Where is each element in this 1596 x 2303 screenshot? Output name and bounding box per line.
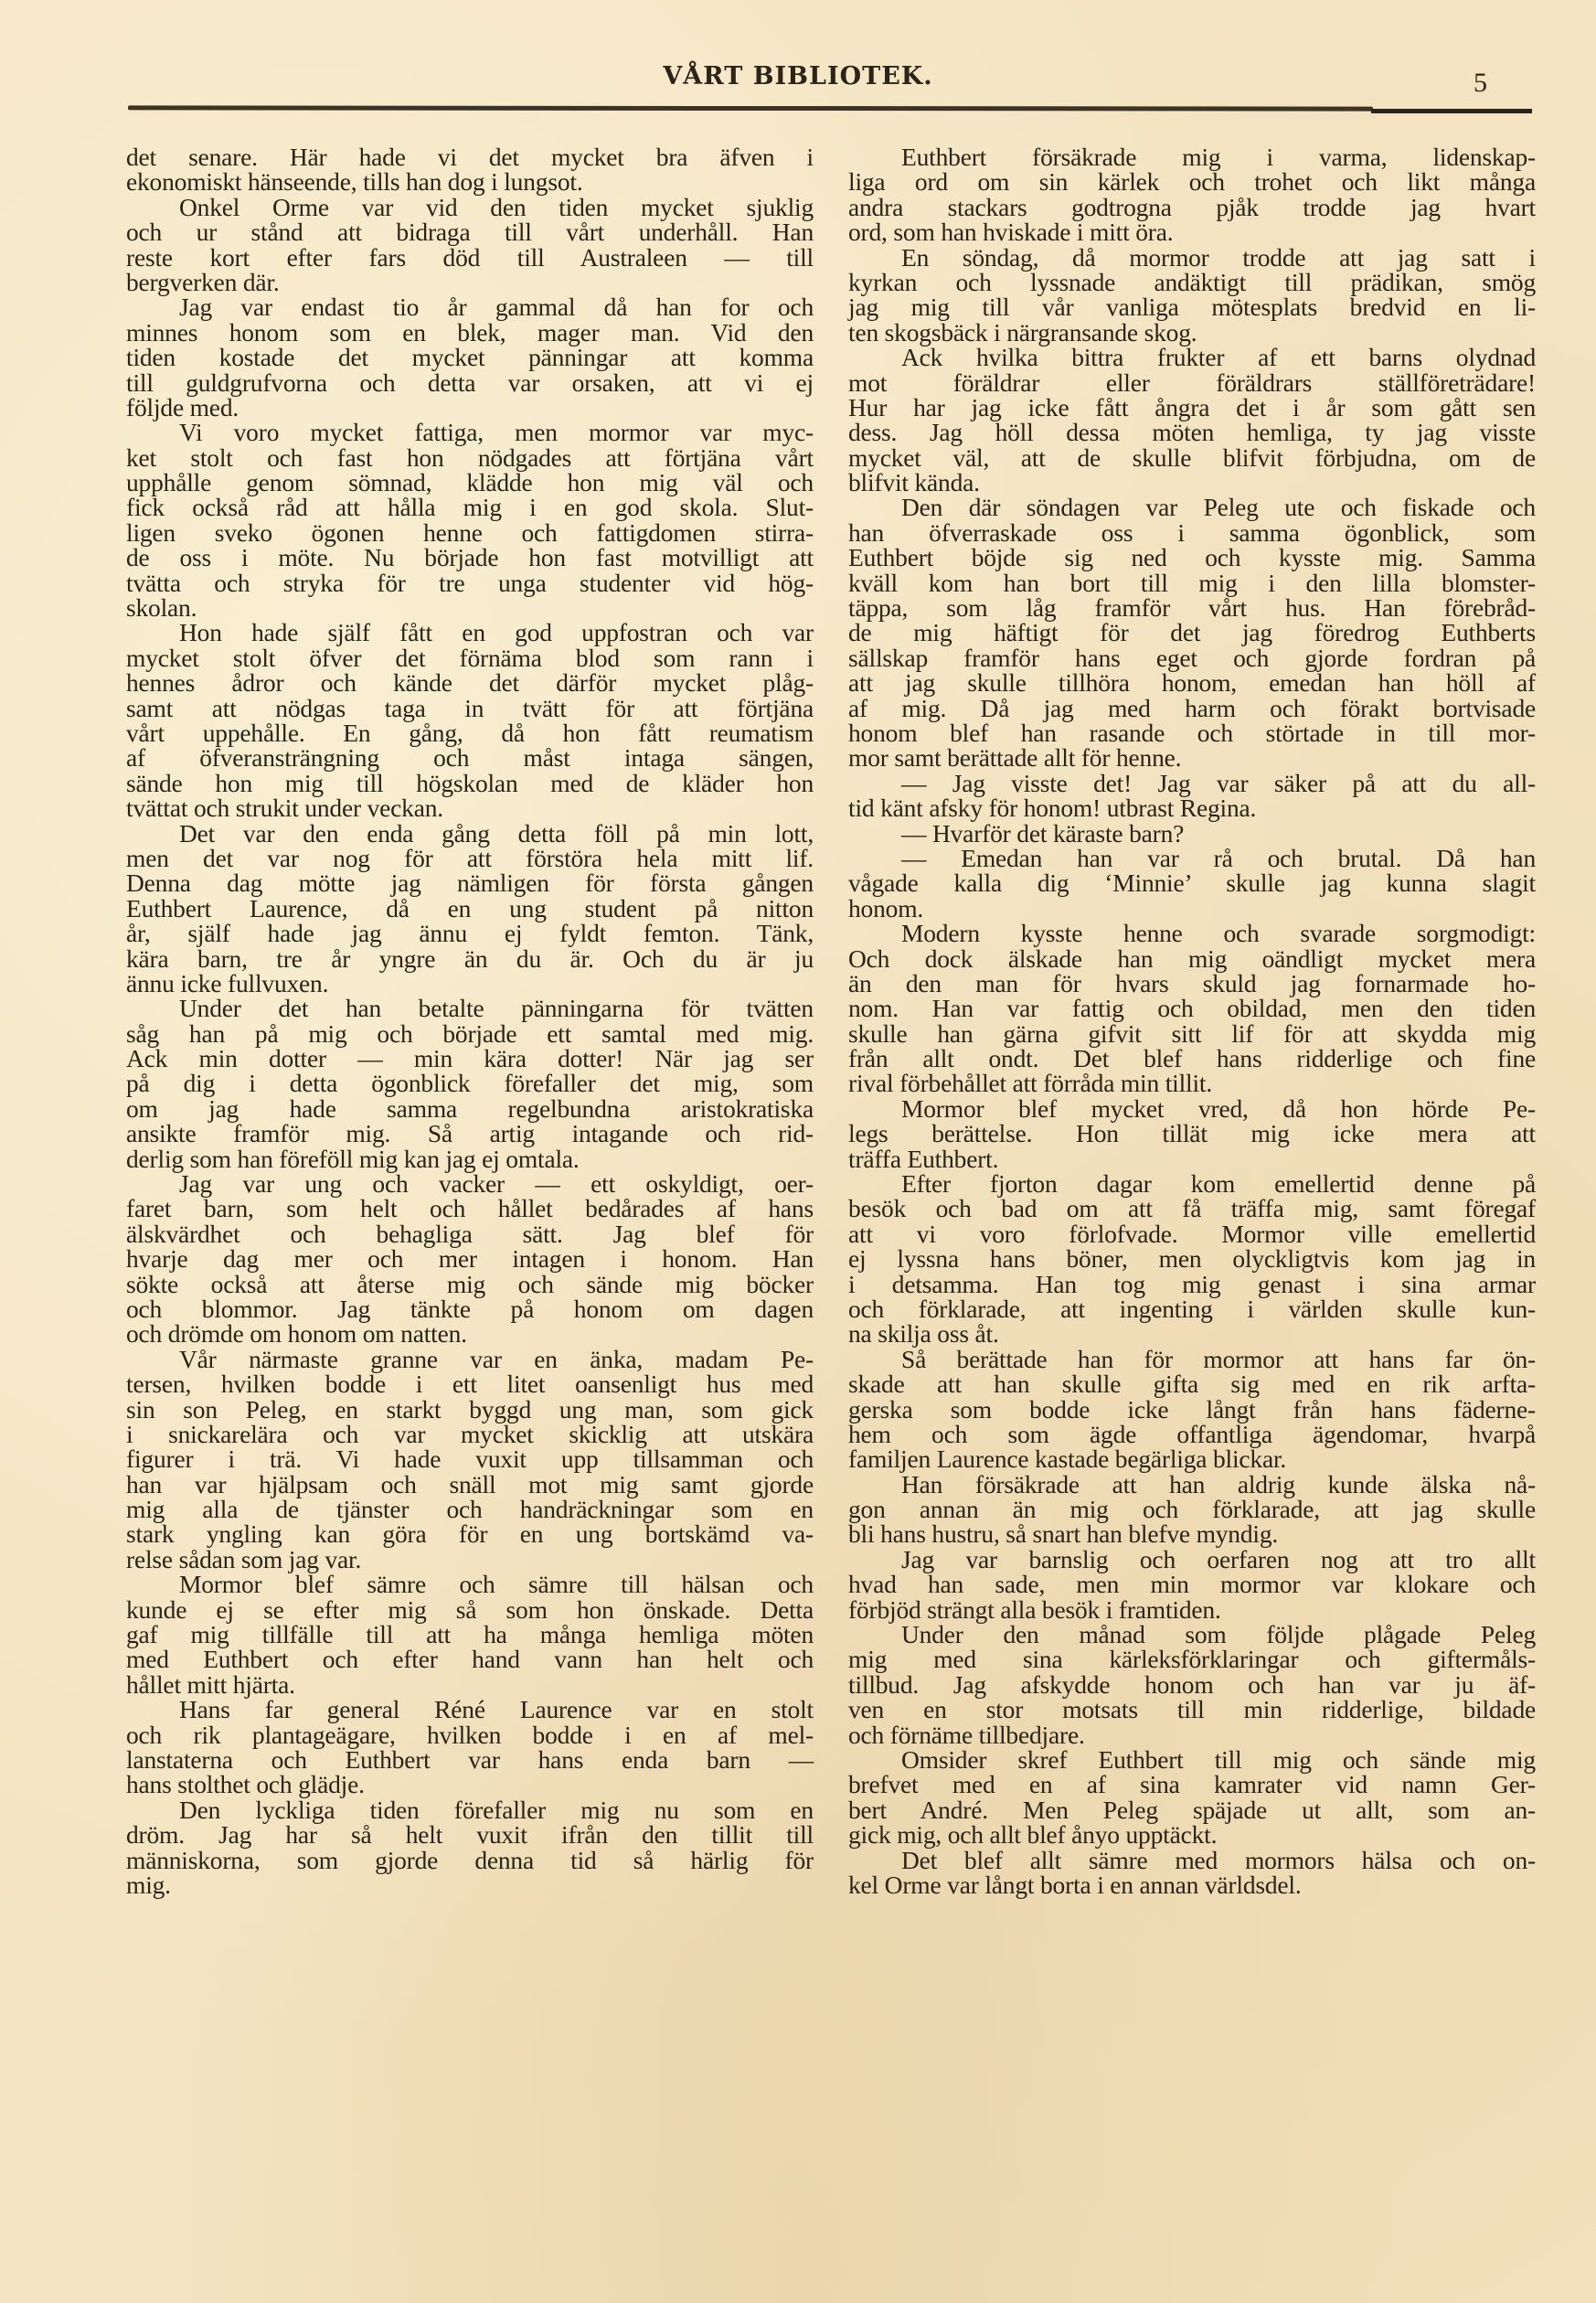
text-line: med Euthbert och efter hand vann han hel… xyxy=(126,1647,814,1671)
text-line: reste kort efter fars död till Australee… xyxy=(126,245,814,270)
text-column-right: Euthbert försäkrade mig i varma, lidensk… xyxy=(848,144,1536,1897)
text-line: Vi voro mycket fattiga, men mormor var m… xyxy=(126,420,814,444)
text-line: ven en stor motsats till min ridderlige,… xyxy=(848,1697,1536,1722)
text-line: men det var nog för att förstöra hela mi… xyxy=(126,846,814,870)
paragraph: Jag var barnslig och oerfaren nog att tr… xyxy=(848,1547,1536,1622)
text-column-left: det senare. Här hade vi det mycket bra ä… xyxy=(126,144,814,1897)
text-line: och förnäme tillbedjare. xyxy=(848,1722,1536,1747)
text-line: Vår närmaste granne var en änka, madam P… xyxy=(126,1347,814,1371)
paragraph: Hon hade själf fått en god uppfostran oc… xyxy=(126,620,814,820)
text-line: stark yngling kan göra för en ung bortsk… xyxy=(126,1521,814,1546)
text-line: skade att han skulle gifta sig med en ri… xyxy=(848,1371,1536,1396)
text-line: mig. xyxy=(126,1872,814,1897)
paragraph: Jag var ung och vacker — ett oskyldigt, … xyxy=(126,1171,814,1347)
text-line: figurer i trä. Vi hade vuxit upp tillsam… xyxy=(126,1446,814,1471)
text-line: och ur stånd att bidraga till vårt under… xyxy=(126,219,814,244)
text-line: Onkel Orme var vid den tiden mycket sjuk… xyxy=(126,195,814,219)
text-line: jag mig till vår vanliga mötesplats bred… xyxy=(848,294,1536,319)
text-line: legs berättelse. Hon tillät mig icke mer… xyxy=(848,1121,1536,1146)
text-line: Den där söndagen var Peleg ute och fiska… xyxy=(848,495,1536,519)
text-line: vågade kalla dig ‘Minnie’ skulle jag kun… xyxy=(848,870,1536,895)
paragraph: Den där söndagen var Peleg ute och fiska… xyxy=(848,495,1536,770)
text-line: skolan. xyxy=(126,595,814,620)
text-line: Det blef allt sämre med mormors hälsa oc… xyxy=(848,1848,1536,1872)
text-line: och rik plantageägare, hvilken bodde i e… xyxy=(126,1722,814,1747)
text-line: Jag var ung och vacker — ett oskyldigt, … xyxy=(126,1171,814,1196)
text-line: gick mig, och allt blef ånyo upptäckt. xyxy=(848,1822,1536,1847)
text-line: träffa Euthbert. xyxy=(848,1146,1536,1171)
text-line: honom blef han rasande och störtade in t… xyxy=(848,720,1536,745)
paragraph: Euthbert försäkrade mig i varma, lidensk… xyxy=(848,144,1536,245)
text-line: hvad han sade, men min mormor var klokar… xyxy=(848,1572,1536,1596)
text-line: ej lyssna hans böner, men olyckligtvis k… xyxy=(848,1246,1536,1271)
text-line: följde med. xyxy=(126,395,814,420)
paragraph: — Jag visste det! Jag var säker på att d… xyxy=(848,771,1536,821)
text-line: ket stolt och fast hon nödgades att fört… xyxy=(126,445,814,470)
text-line: i detsamma. Han tog mig genast i sina ar… xyxy=(848,1272,1536,1296)
text-line: kunde ej se efter mig så som hon önskade… xyxy=(126,1597,814,1622)
text-line: upphålle genom sömnad, klädde hon mig vä… xyxy=(126,470,814,495)
header-rule xyxy=(128,105,1373,111)
text-line: Mormor blef sämre och sämre till hälsan … xyxy=(126,1572,814,1596)
text-line: i snickarelära och var mycket skicklig a… xyxy=(126,1422,814,1446)
paragraph: — Hvarför det käraste barn? xyxy=(848,821,1536,846)
text-line: de mig häftigt för det jag föredrog Euth… xyxy=(848,620,1536,645)
paragraph: Så berättade han för mormor att hans far… xyxy=(848,1347,1536,1472)
paragraph: Onkel Orme var vid den tiden mycket sjuk… xyxy=(126,195,814,295)
text-line: de oss i möte. Nu började hon fast motvi… xyxy=(126,545,814,570)
text-line: Hans far general Réné Laurence var en st… xyxy=(126,1697,814,1722)
text-line: Och dock älskade han mig oändligt mycket… xyxy=(848,946,1536,971)
text-line: — Hvarför det käraste barn? xyxy=(848,821,1536,846)
paragraph: Hans far general Réné Laurence var en st… xyxy=(126,1697,814,1797)
paragraph: Mormor blef sämre och sämre till hälsan … xyxy=(126,1572,814,1697)
text-line: sin son Peleg, en starkt byggd ung man, … xyxy=(126,1397,814,1422)
text-line: — Emedan han var rå och brutal. Då han xyxy=(848,846,1536,870)
text-line: kväll kom han bort till mig i den lilla … xyxy=(848,570,1536,595)
paragraph: Modern kysste henne och svarade sorgmodi… xyxy=(848,921,1536,1096)
text-line: hennes ådror och kände det därför mycket… xyxy=(126,670,814,695)
text-line: Jag var barnslig och oerfaren nog att tr… xyxy=(848,1547,1536,1572)
text-line: Mormor blef mycket vred, då hon hörde Pe… xyxy=(848,1096,1536,1121)
text-line: samt att nödgas taga in tvätt för att fö… xyxy=(126,696,814,720)
text-line: blifvit kända. xyxy=(848,470,1536,495)
paragraph: det senare. Här hade vi det mycket bra ä… xyxy=(126,144,814,195)
header-rule-end xyxy=(1371,109,1532,113)
text-line: vårt uppehålle. En gång, då hon fått reu… xyxy=(126,720,814,745)
paragraph: Han försäkrade att han aldrig kunde älsk… xyxy=(848,1472,1536,1547)
text-line: dröm. Jag har så helt vuxit ifrån den ti… xyxy=(126,1822,814,1847)
text-line: mor samt berättade allt för henne. xyxy=(848,745,1536,770)
text-line: gaf mig tillfälle till att ha många heml… xyxy=(126,1622,814,1647)
paragraph: Det blef allt sämre med mormors hälsa oc… xyxy=(848,1848,1536,1898)
text-line: till guldgrufvorna och detta var orsaken… xyxy=(126,370,814,395)
text-line: tvätta och stryka för tre unga studenter… xyxy=(126,570,814,595)
text-line: han öfverraskade oss i samma ögonblick, … xyxy=(848,520,1536,545)
text-line: Under det han betalte pänningarna för tv… xyxy=(126,996,814,1020)
text-line: Det var den enda gång detta föll på min … xyxy=(126,821,814,846)
text-line: om jag hade samma regelbundna aristokrat… xyxy=(126,1096,814,1121)
text-line: liga ord om sin kärlek och trohet och li… xyxy=(848,169,1536,194)
text-line: kyrkan och lyssnade andäktigt till prädi… xyxy=(848,270,1536,294)
text-line: Han försäkrade att han aldrig kunde älsk… xyxy=(848,1472,1536,1497)
text-line: förbjöd strängt alla besök i framtiden. xyxy=(848,1597,1536,1622)
page-number: 5 xyxy=(1474,68,1487,99)
text-line: Omsider skref Euthbert till mig och sänd… xyxy=(848,1747,1536,1772)
text-line: Euthbert böjde sig ned och kysste mig. S… xyxy=(848,545,1536,570)
text-line: tillbud. Jag afskydde honom och han var … xyxy=(848,1672,1536,1697)
text-line: honom. xyxy=(848,896,1536,921)
magazine-page: VÅRT BIBLIOTEK. 5 det senare. Här hade v… xyxy=(0,0,1596,2303)
text-line: bli hans hustru, så snart han blefve myn… xyxy=(848,1521,1536,1546)
text-line: af mig. Då jag med harm och förakt bortv… xyxy=(848,696,1536,720)
text-line: Den lyckliga tiden förefaller mig nu som… xyxy=(126,1797,814,1822)
text-line: sällskap framför hans eget och gjorde fo… xyxy=(848,645,1536,670)
text-line: hållet mitt hjärta. xyxy=(126,1672,814,1697)
text-line: andra stackars godtrogna pjåk trodde jag… xyxy=(848,195,1536,219)
text-line: år, själf hade jag ännu ej fyldt femton.… xyxy=(126,921,814,945)
text-line: Hon hade själf fått en god uppfostran oc… xyxy=(126,620,814,645)
paragraph: Ack hvilka bittra frukter af ett barns o… xyxy=(848,345,1536,495)
paragraph: Den lyckliga tiden förefaller mig nu som… xyxy=(126,1797,814,1898)
text-line: tid känt afsky för honom! utbrast Regina… xyxy=(848,795,1536,820)
text-line: Jag var endast tio år gammal då han for … xyxy=(126,294,814,319)
text-line: mig alla de tjänster och handräckningar … xyxy=(126,1497,814,1521)
text-line: hans stolthet och glädje. xyxy=(126,1772,814,1797)
text-line: Ack hvilka bittra frukter af ett barns o… xyxy=(848,345,1536,369)
text-line: af öfveransträngning och måst intaga sän… xyxy=(126,745,814,770)
text-line: Under den månad som följde plågade Peleg xyxy=(848,1622,1536,1647)
text-line: kära barn, tre år yngre än du är. Och du… xyxy=(126,946,814,971)
paragraph: Jag var endast tio år gammal då han for … xyxy=(126,294,814,420)
text-line: ligen sveko ögonen henne och fattigdomen… xyxy=(126,520,814,545)
text-line: brefvet med en af sina kamrater vid namn… xyxy=(848,1772,1536,1797)
text-line: kel Orme var långt borta i en annan värl… xyxy=(848,1872,1536,1897)
running-head-title: VÅRT BIBLIOTEK. xyxy=(0,62,1596,91)
text-line: människorna, som gjorde denna tid så här… xyxy=(126,1848,814,1872)
text-line: älskvärdhet och behagliga sätt. Jag blef… xyxy=(126,1221,814,1246)
text-line: mycket väl, att de skulle blifvit förbju… xyxy=(848,445,1536,470)
text-line: tersen, hvilken bodde i ett litet oansen… xyxy=(126,1371,814,1396)
text-line: faret barn, som helt och hållet bedårade… xyxy=(126,1196,814,1221)
text-line: det senare. Här hade vi det mycket bra ä… xyxy=(126,144,814,169)
text-line: lanstaterna och Euthbert var hans enda b… xyxy=(126,1747,814,1772)
text-line: ekonomiskt hänseende, tills han dog i lu… xyxy=(126,169,814,194)
text-line: ännu icke fullvuxen. xyxy=(126,971,814,996)
text-line: ord, som han hviskade i mitt öra. xyxy=(848,219,1536,244)
text-line: Ack min dotter — min kära dotter! När ja… xyxy=(126,1046,814,1071)
text-line: relse sådan som jag var. xyxy=(126,1547,814,1572)
text-line: såg han på mig och började ett samtal me… xyxy=(126,1021,814,1046)
paragraph: Vi voro mycket fattiga, men mormor var m… xyxy=(126,420,814,620)
text-line: Euthbert Laurence, då en ung student på … xyxy=(126,896,814,921)
text-line: Euthbert försäkrade mig i varma, lidensk… xyxy=(848,144,1536,169)
text-line: rival förbehållet att förråda min tillit… xyxy=(848,1071,1536,1095)
text-line: tvättat och strukit under veckan. xyxy=(126,795,814,820)
paragraph: Omsider skref Euthbert till mig och sänd… xyxy=(848,1747,1536,1848)
text-line: tiden kostade det mycket pänningar att k… xyxy=(126,345,814,369)
text-line: Hur har jag icke fått ångra det i år som… xyxy=(848,395,1536,420)
text-line: minnes honom som en blek, mager man. Vid… xyxy=(126,320,814,345)
paragraph: Det var den enda gång detta föll på min … xyxy=(126,821,814,997)
text-line: ansikte framför mig. Så artig intagande … xyxy=(126,1121,814,1146)
paragraph: Mormor blef mycket vred, då hon hörde Pe… xyxy=(848,1096,1536,1171)
text-line: mig med sina kärleksförklaringar och gif… xyxy=(848,1647,1536,1671)
text-line: En söndag, då mormor trodde att jag satt… xyxy=(848,245,1536,270)
text-line: Så berättade han för mormor att hans far… xyxy=(848,1347,1536,1371)
text-line: — Jag visste det! Jag var säker på att d… xyxy=(848,771,1536,795)
paragraph: Efter fjorton dagar kom emellertid denne… xyxy=(848,1171,1536,1347)
text-line: na skilja oss åt. xyxy=(848,1321,1536,1346)
text-line: fick också råd att hålla mig i en god sk… xyxy=(126,495,814,519)
text-line: gon annan än mig och förklarade, att jag… xyxy=(848,1497,1536,1521)
text-line: Modern kysste henne och svarade sorgmodi… xyxy=(848,921,1536,945)
paragraph: Vår närmaste granne var en änka, madam P… xyxy=(126,1347,814,1573)
text-line: han var hjälpsam och snäll mot mig samt … xyxy=(126,1472,814,1497)
text-line: skulle han gärna gifvit sitt lif för att… xyxy=(848,1021,1536,1046)
text-line: Denna dag mötte jag nämligen för första … xyxy=(126,870,814,895)
text-line: familjen Laurence kastade begärliga blic… xyxy=(848,1446,1536,1471)
text-line: bert André. Men Peleg späjade ut allt, s… xyxy=(848,1797,1536,1822)
text-line: besök och bad om att få träffa mig, samt… xyxy=(848,1196,1536,1221)
text-line: täppa, som låg framför vårt hus. Han för… xyxy=(848,595,1536,620)
text-line: mot föräldrar eller föräldrars ställföre… xyxy=(848,370,1536,395)
text-line: gerska som bodde icke långt från hans fä… xyxy=(848,1397,1536,1422)
text-line: sökte också att återse mig och sände mig… xyxy=(126,1272,814,1296)
text-line: från allt ondt. Det blef hans ridderlige… xyxy=(848,1046,1536,1071)
text-line: och blommor. Jag tänkte på honom om dage… xyxy=(126,1296,814,1321)
text-line: hvarje dag mer och mer intagen i honom. … xyxy=(126,1246,814,1271)
text-line: nom. Han var fattig och obildad, men den… xyxy=(848,996,1536,1020)
text-line: sände hon mig till högskolan med de kläd… xyxy=(126,771,814,795)
text-line: att vi voro förlofvade. Mormor ville eme… xyxy=(848,1221,1536,1246)
text-line: ten skogsbäck i närgransande skog. xyxy=(848,320,1536,345)
paragraph: Under den månad som följde plågade Peleg… xyxy=(848,1622,1536,1747)
text-line: och förklarade, att ingenting i världen … xyxy=(848,1296,1536,1321)
text-line: och drömde om honom om natten. xyxy=(126,1321,814,1346)
text-line: Efter fjorton dagar kom emellertid denne… xyxy=(848,1171,1536,1196)
text-line: mycket stolt öfver det förnäma blod som … xyxy=(126,645,814,670)
paragraph: — Emedan han var rå och brutal. Då hanvå… xyxy=(848,846,1536,921)
text-line: att jag skulle tillhöra honom, emedan ha… xyxy=(848,670,1536,695)
paragraph: Under det han betalte pänningarna för tv… xyxy=(126,996,814,1171)
text-line: än den man för hvars skuld jag fornarmad… xyxy=(848,971,1536,996)
text-line: dess. Jag höll dessa möten hemliga, ty j… xyxy=(848,420,1536,444)
text-line: bergverken där. xyxy=(126,270,814,294)
paragraph: En söndag, då mormor trodde att jag satt… xyxy=(848,245,1536,346)
text-line: på dig i detta ögonblick förefaller det … xyxy=(126,1071,814,1095)
text-line: derlig som han föreföll mig kan jag ej o… xyxy=(126,1146,814,1171)
text-line: hem och som ägde offantliga ägendomar, h… xyxy=(848,1422,1536,1446)
